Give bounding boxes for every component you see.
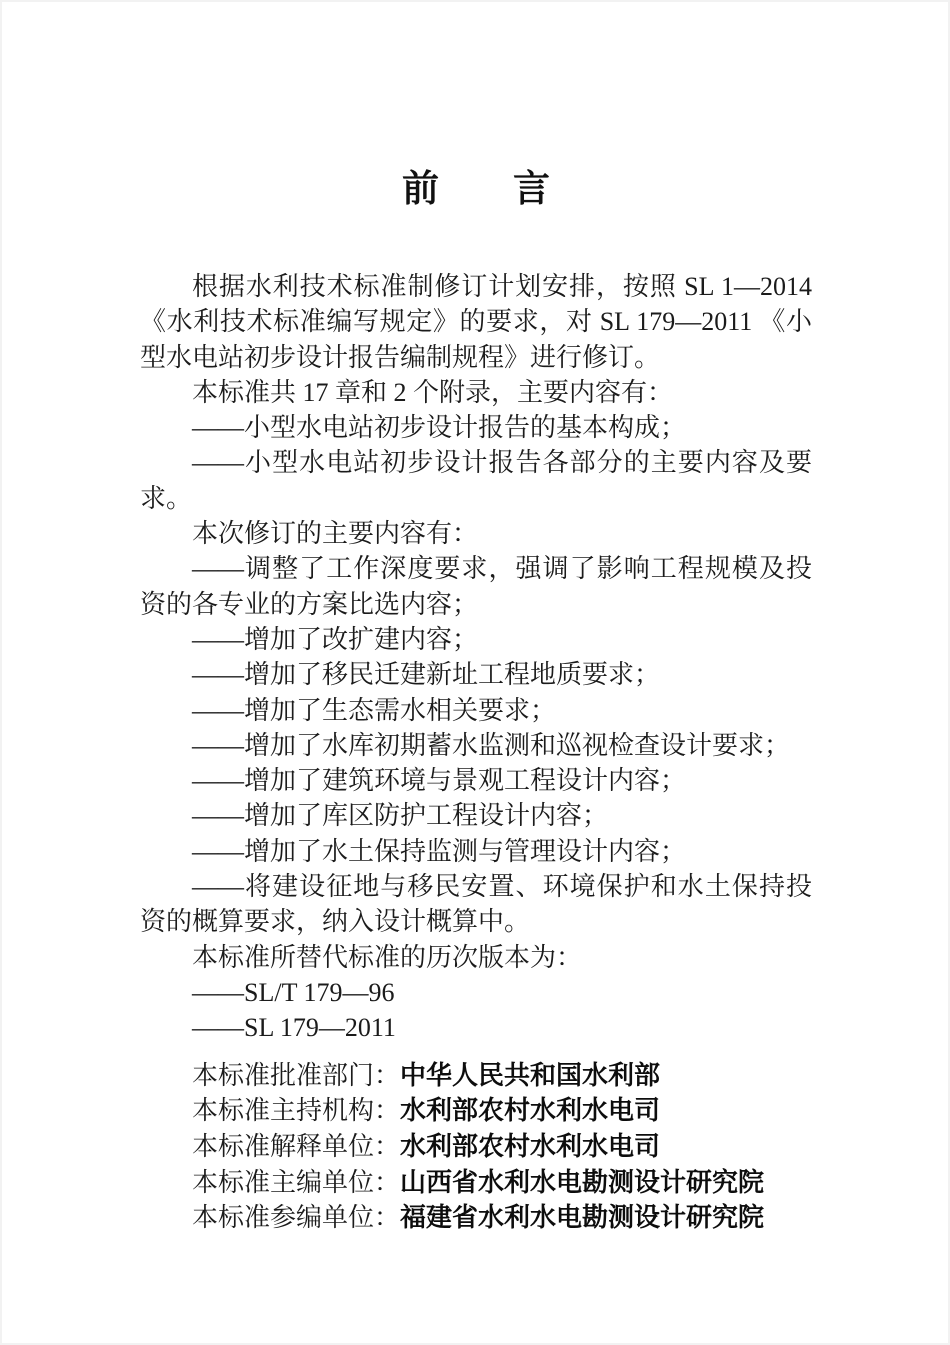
credit-label: 本标准主编单位： — [192, 1168, 400, 1197]
credit-label: 本标准解释单位： — [192, 1132, 400, 1161]
paragraph: 本次修订的主要内容有： — [140, 516, 812, 551]
paragraph: ——增加了生态需水相关要求； — [140, 693, 812, 728]
paragraph: ——增加了改扩建内容； — [140, 622, 812, 657]
credit-line: 本标准主持机构：水利部农村水利水电司 — [140, 1093, 812, 1129]
credit-line: 本标准主编单位：山西省水利水电勘测设计研究院 — [140, 1165, 812, 1201]
paragraph: ——小型水电站初步设计报告各部分的主要内容及要求。 — [140, 445, 812, 516]
credit-line: 本标准批准部门：中华人民共和国水利部 — [140, 1058, 812, 1094]
paragraph: ——增加了建筑环境与景观工程设计内容； — [140, 763, 812, 798]
credit-value: 福建省水利水电勘测设计研究院 — [400, 1202, 764, 1232]
credit-value: 水利部农村水利水电司 — [400, 1131, 660, 1161]
credit-label: 本标准参编单位： — [192, 1203, 400, 1232]
paragraph: ——SL 179—2011 — [140, 1010, 812, 1045]
credit-value: 山西省水利水电勘测设计研究院 — [400, 1167, 764, 1197]
page-title: 前 言 — [140, 166, 812, 212]
paragraph: ——SL/T 179—96 — [140, 975, 812, 1010]
paragraph: 本标准共 17 章和 2 个附录，主要内容有： — [140, 375, 812, 410]
paragraph: ——增加了移民迁建新址工程地质要求； — [140, 657, 812, 692]
paragraph: ——增加了水库初期蓄水监测和巡视检查设计要求； — [140, 728, 812, 763]
document-page: 前 言 根据水利技术标准制修订计划安排，按照 SL 1—2014 《水利技术标准… — [140, 0, 812, 1236]
scanned-document: { "page": { "title": "前 言", "paragraphs"… — [0, 0, 950, 1345]
foreword-body: 根据水利技术标准制修订计划安排，按照 SL 1—2014 《水利技术标准编写规定… — [140, 269, 812, 1046]
credit-value: 水利部农村水利水电司 — [400, 1095, 660, 1125]
paragraph: ——调整了工作深度要求，强调了影响工程规模及投资的各专业的方案比选内容； — [140, 551, 812, 622]
credits-block: 本标准批准部门：中华人民共和国水利部本标准主持机构：水利部农村水利水电司本标准解… — [140, 1058, 812, 1237]
credit-line: 本标准解释单位：水利部农村水利水电司 — [140, 1129, 812, 1165]
paragraph: ——增加了水土保持监测与管理设计内容； — [140, 834, 812, 869]
paragraph: 根据水利技术标准制修订计划安排，按照 SL 1—2014 《水利技术标准编写规定… — [140, 269, 812, 375]
paragraph: ——增加了库区防护工程设计内容； — [140, 798, 812, 833]
credit-value: 中华人民共和国水利部 — [400, 1060, 660, 1090]
credit-label: 本标准主持机构： — [192, 1096, 400, 1125]
paragraph: 本标准所替代标准的历次版本为： — [140, 940, 812, 975]
paragraph: ——小型水电站初步设计报告的基本构成； — [140, 410, 812, 445]
credit-line: 本标准参编单位：福建省水利水电勘测设计研究院 — [140, 1200, 812, 1236]
credit-label: 本标准批准部门： — [192, 1061, 400, 1090]
paragraph: ——将建设征地与移民安置、环境保护和水土保持投资的概算要求，纳入设计概算中。 — [140, 869, 812, 940]
